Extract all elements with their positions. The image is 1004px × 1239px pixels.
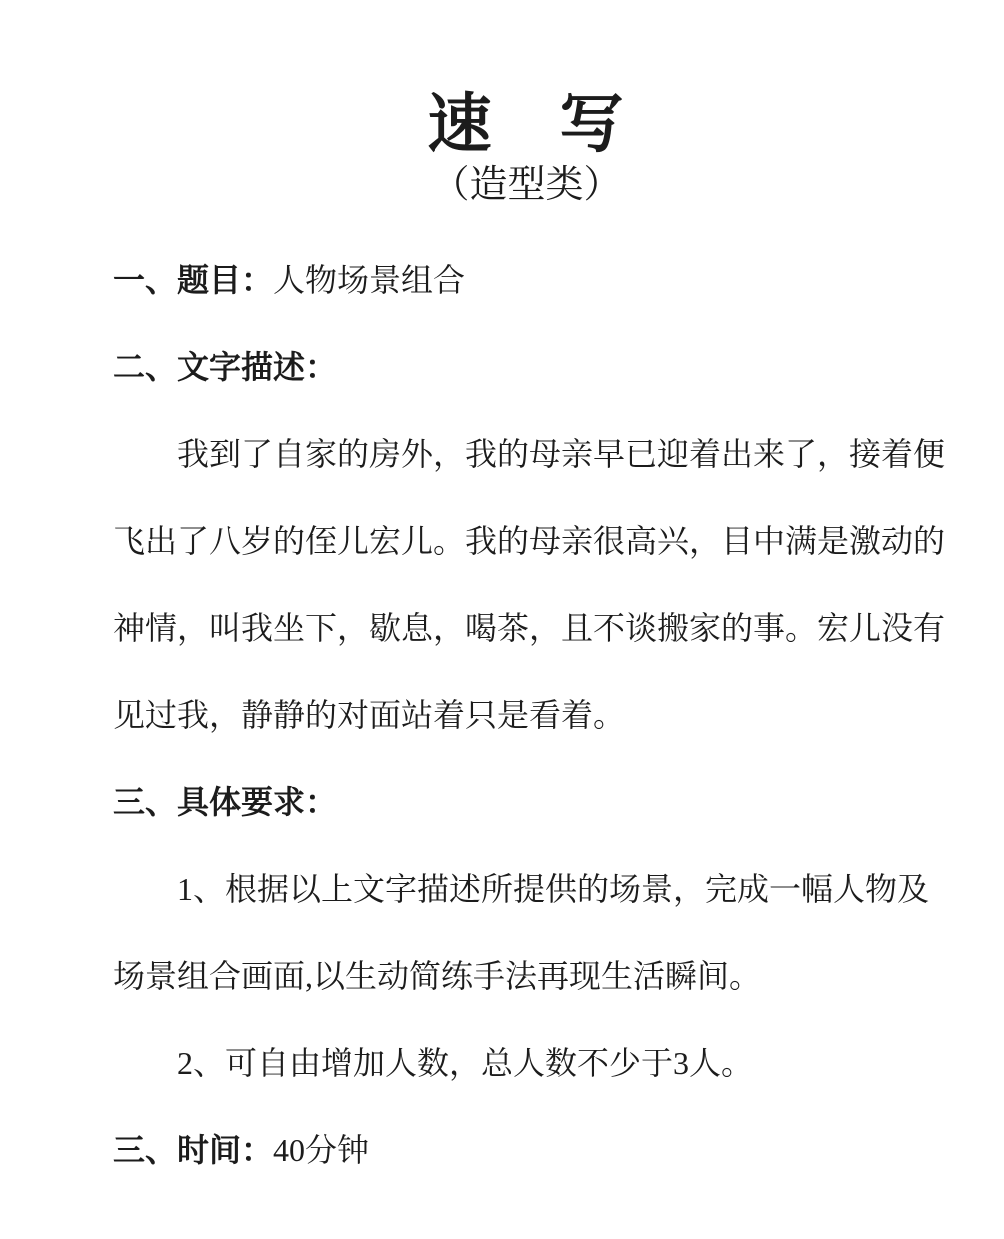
section-description-heading: 二、文字描述： [113, 350, 940, 384]
requirement-line: 1、根据以上文字描述所提供的场景，完成一幅人物及 [113, 872, 940, 906]
description-line: 飞出了八岁的侄儿宏儿。我的母亲很高兴，目中满是激动的 [113, 524, 940, 558]
section-topic: 一、题目：人物场景组合 [113, 263, 940, 297]
section-description-label: 二、文字描述： [113, 349, 337, 385]
description-line: 见过我，静静的对面站着只是看着。 [113, 698, 940, 732]
section-time-value: 40分钟 [273, 1132, 369, 1168]
section-time: 三、时间：40分钟 [113, 1133, 940, 1167]
section-requirements-heading: 三、具体要求： [113, 785, 940, 819]
description-line: 神情，叫我坐下，歇息，喝茶，且不谈搬家的事。宏儿没有 [113, 611, 940, 645]
description-line: 我到了自家的房外，我的母亲早已迎着出来了，接着便 [113, 437, 940, 471]
section-topic-value: 人物场景组合 [273, 262, 465, 298]
document-content: 速 写 （造型类） 一、题目：人物场景组合 二、文字描述： 我到了自家的房外，我… [0, 90, 1004, 1167]
section-topic-label: 一、题目： [113, 262, 273, 298]
requirement-line: 场景组合画面,以生动简练手法再现生活瞬间。 [113, 959, 940, 993]
exam-document-page: 速 写 （造型类） 一、题目：人物场景组合 二、文字描述： 我到了自家的房外，我… [0, 0, 1004, 1239]
section-time-label: 三、时间： [113, 1132, 273, 1168]
requirement-line: 2、可自由增加人数，总人数不少于3人。 [113, 1046, 940, 1080]
section-requirements-label: 三、具体要求： [113, 784, 337, 820]
document-subtitle: （造型类） [113, 162, 940, 208]
document-title: 速 写 [113, 90, 940, 160]
